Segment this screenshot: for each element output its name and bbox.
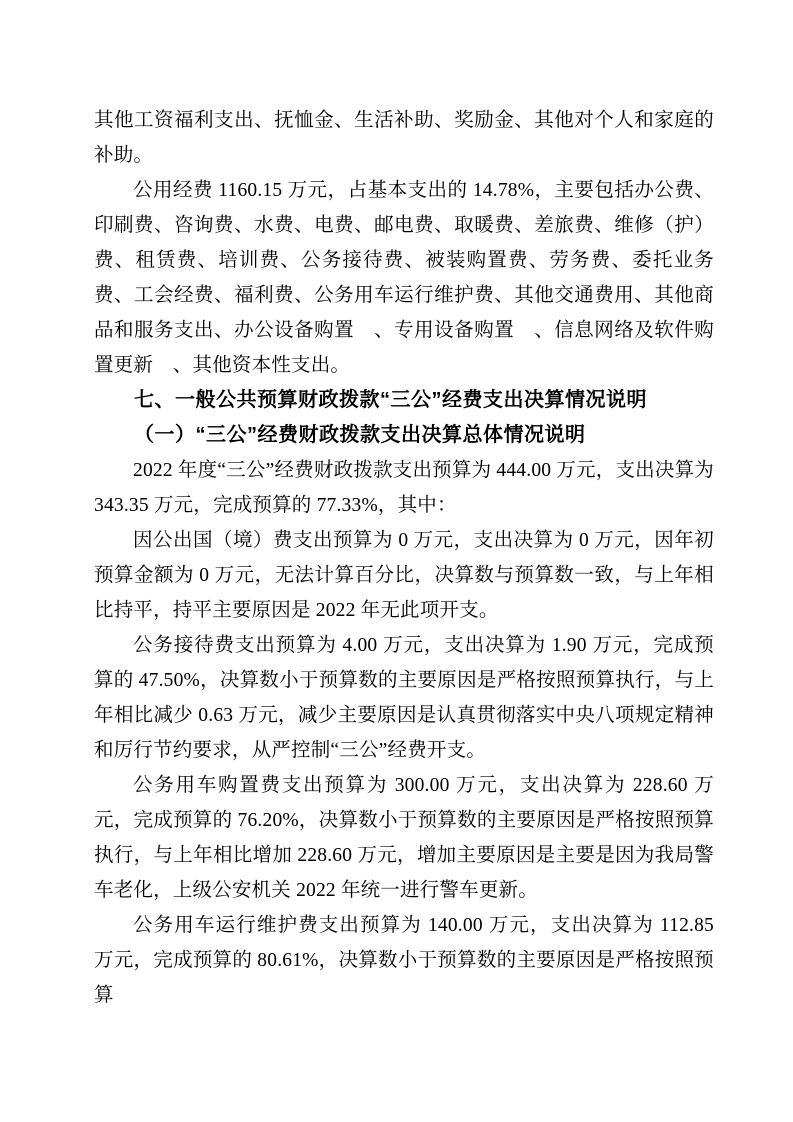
paragraph: 公务用车运行维护费支出预算为 140.00 万元，支出决算为 112.85 万元… <box>94 908 714 1013</box>
section-heading: （一）“三公”经费财政拨款支出决算总体情况说明 <box>94 418 714 453</box>
paragraph: 因公出国（境）费支出预算为 0 万元，支出决算为 0 万元，因年初预算金额为 0… <box>94 523 714 628</box>
paragraph: 2022 年度“三公”经费财政拨款支出预算为 444.00 万元，支出决算为 3… <box>94 453 714 523</box>
document-page: 其他工资福利支出、抚恤金、生活补助、奖励金、其他对个人和家庭的补助。公用经费 1… <box>94 103 714 1013</box>
paragraph: 其他工资福利支出、抚恤金、生活补助、奖励金、其他对个人和家庭的补助。 <box>94 103 714 173</box>
section-heading: 七、一般公共预算财政拨款“三公”经费支出决算情况说明 <box>94 383 714 418</box>
paragraph: 公用经费 1160.15 万元，占基本支出的 14.78%，主要包括办公费、印刷… <box>94 173 714 383</box>
paragraph: 公务用车购置费支出预算为 300.00 万元，支出决算为 228.60 万元，完… <box>94 768 714 908</box>
document-viewport: { "page": { "background_color": "#ffffff… <box>0 0 793 1122</box>
paragraph: 公务接待费支出预算为 4.00 万元，支出决算为 1.90 万元，完成预算的 4… <box>94 628 714 768</box>
